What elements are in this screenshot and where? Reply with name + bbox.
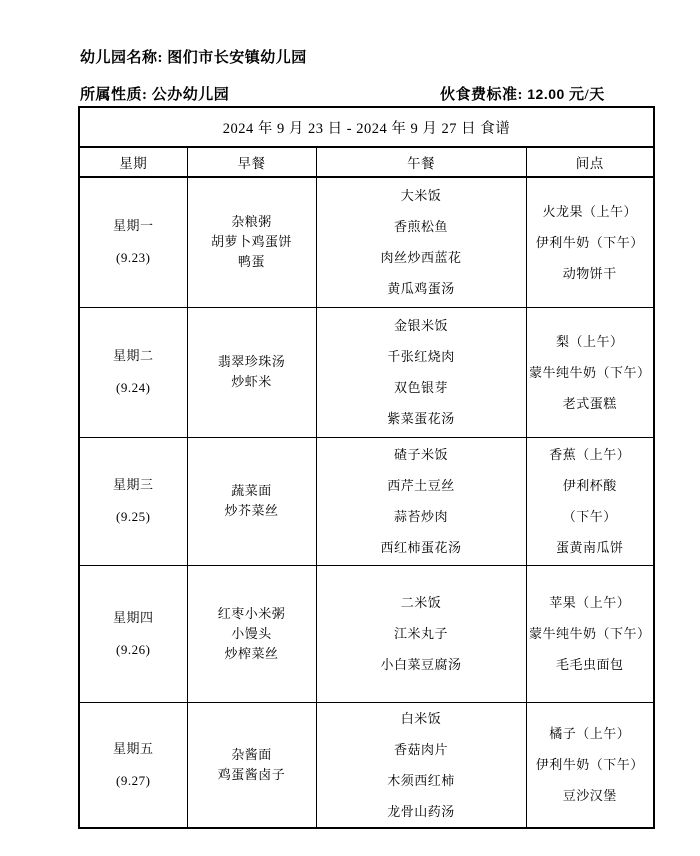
meal-item: 伊利杯酸: [527, 470, 654, 501]
day-date: (9.26): [80, 642, 187, 658]
fee-unit: 元/天: [565, 87, 605, 103]
meal-item: 西芹土豆丝: [317, 470, 526, 501]
lunch-cell: 白米饭香菇肉片木须西红柿龙骨山药汤: [316, 702, 526, 828]
nature-line: 所属性质: 公办幼儿园: [80, 83, 229, 104]
col-header-lunch: 午餐: [316, 147, 526, 177]
meal-item: 杂酱面: [188, 745, 316, 765]
kindergarten-name-line: 幼儿园名称: 图们市长安镇幼儿园: [80, 46, 307, 67]
lunch-cell: 碴子米饭西芹土豆丝蒜苔炒肉西红柿蛋花汤: [316, 437, 526, 565]
snack-cell: 火龙果（上午）伊利牛奶（下午）动物饼干: [526, 177, 654, 307]
breakfast-cell: 杂酱面鸡蛋酱卤子: [187, 702, 316, 828]
meal-item: 火龙果（上午）: [527, 196, 654, 227]
meal-item: （下午）: [527, 501, 654, 532]
fee-label: 伙食费标准:: [440, 87, 527, 103]
breakfast-cell: 蔬菜面炒芥菜丝: [187, 437, 316, 565]
day-cell: 星期五(9.27): [79, 702, 187, 828]
day-label: 星期一: [80, 218, 187, 234]
lunch-cell: 金银米饭千张红烧肉双色银芽紫菜蛋花汤: [316, 307, 526, 437]
menu-table: 2024 年 9 月 23 日 - 2024 年 9 月 27 日 食谱 星期 …: [78, 106, 655, 829]
day-cell: 星期四(9.26): [79, 565, 187, 702]
meal-item: 杂粮粥: [188, 212, 316, 232]
day-date: (9.27): [80, 773, 187, 789]
table-row: 星期二(9.24)翡翠珍珠汤炒虾米金银米饭千张红烧肉双色银芽紫菜蛋花汤梨（上午）…: [79, 307, 654, 437]
meal-item: 胡萝卜鸡蛋饼: [188, 232, 316, 252]
kindergarten-name-label: 幼儿园名称:: [80, 50, 167, 66]
meal-item: 白米饭: [317, 703, 526, 734]
day-date: (9.23): [80, 250, 187, 266]
day-label: 星期二: [80, 348, 187, 364]
menu-table-body: 2024 年 9 月 23 日 - 2024 年 9 月 27 日 食谱 星期 …: [79, 107, 654, 828]
snack-cell: 香蕉（上午）伊利杯酸（下午）蛋黄南瓜饼: [526, 437, 654, 565]
table-row: 星期四(9.26)红枣小米粥小馒头炒榨菜丝二米饭江米丸子小白菜豆腐汤苹果（上午）…: [79, 565, 654, 702]
day-label: 星期四: [80, 610, 187, 626]
meal-item: 蒙牛纯牛奶（下午）: [527, 357, 654, 388]
meal-item: 碴子米饭: [317, 439, 526, 470]
breakfast-cell: 杂粮粥胡萝卜鸡蛋饼鸭蛋: [187, 177, 316, 307]
meal-item: 动物饼干: [527, 258, 654, 289]
day-date: (9.25): [80, 509, 187, 525]
col-header-snack: 间点: [526, 147, 654, 177]
meal-item: 小白菜豆腐汤: [317, 649, 526, 680]
meal-item: 小馒头: [188, 624, 316, 644]
day-cell: 星期一(9.23): [79, 177, 187, 307]
table-row: 星期一(9.23)杂粮粥胡萝卜鸡蛋饼鸭蛋大米饭香煎松鱼肉丝炒西蓝花黄瓜鸡蛋汤火龙…: [79, 177, 654, 307]
breakfast-cell: 红枣小米粥小馒头炒榨菜丝: [187, 565, 316, 702]
meal-item: 木须西红柿: [317, 765, 526, 796]
table-header-row: 星期 早餐 午餐 间点: [79, 147, 654, 177]
col-header-breakfast: 早餐: [187, 147, 316, 177]
breakfast-cell: 翡翠珍珠汤炒虾米: [187, 307, 316, 437]
meal-item: 紫菜蛋花汤: [317, 403, 526, 434]
meal-item: 橘子（上午）: [527, 718, 654, 749]
meal-item: 肉丝炒西蓝花: [317, 242, 526, 273]
snack-cell: 梨（上午）蒙牛纯牛奶（下午）老式蛋糕: [526, 307, 654, 437]
meal-item: 鸡蛋酱卤子: [188, 765, 316, 785]
day-label: 星期五: [80, 741, 187, 757]
meal-item: 炒虾米: [188, 372, 316, 392]
meal-item: 伊利牛奶（下午）: [527, 749, 654, 780]
fee-value: 12.00: [527, 86, 565, 102]
meal-item: 毛毛虫面包: [527, 649, 654, 680]
meal-item: 黄瓜鸡蛋汤: [317, 273, 526, 304]
meal-item: 苹果（上午）: [527, 587, 654, 618]
meal-item: 伊利牛奶（下午）: [527, 227, 654, 258]
meal-item: 蒙牛纯牛奶（下午）: [527, 618, 654, 649]
day-cell: 星期二(9.24): [79, 307, 187, 437]
snack-cell: 苹果（上午）蒙牛纯牛奶（下午）毛毛虫面包: [526, 565, 654, 702]
table-row: 星期五(9.27)杂酱面鸡蛋酱卤子白米饭香菇肉片木须西红柿龙骨山药汤橘子（上午）…: [79, 702, 654, 828]
table-title-row: 2024 年 9 月 23 日 - 2024 年 9 月 27 日 食谱: [79, 107, 654, 147]
col-header-week: 星期: [79, 147, 187, 177]
meal-item: 蒜苔炒肉: [317, 501, 526, 532]
meal-item: 蔬菜面: [188, 481, 316, 501]
meal-item: 香煎松鱼: [317, 211, 526, 242]
meal-item: 二米饭: [317, 587, 526, 618]
meal-item: 千张红烧肉: [317, 341, 526, 372]
meal-item: 鸭蛋: [188, 252, 316, 272]
meal-item: 红枣小米粥: [188, 604, 316, 624]
snack-cell: 橘子（上午）伊利牛奶（下午）豆沙汉堡: [526, 702, 654, 828]
meal-item: 蛋黄南瓜饼: [527, 532, 654, 563]
meal-item: 香菇肉片: [317, 734, 526, 765]
table-row: 星期三(9.25)蔬菜面炒芥菜丝碴子米饭西芹土豆丝蒜苔炒肉西红柿蛋花汤香蕉（上午…: [79, 437, 654, 565]
nature-value: 公办幼儿园: [152, 87, 230, 103]
meal-item: 炒芥菜丝: [188, 501, 316, 521]
meal-item: 香蕉（上午）: [527, 439, 654, 470]
meal-item: 金银米饭: [317, 310, 526, 341]
meal-item: 大米饭: [317, 180, 526, 211]
kindergarten-name-value: 图们市长安镇幼儿园: [167, 50, 307, 66]
menu-document: 幼儿园名称: 图们市长安镇幼儿园 所属性质: 公办幼儿园 伙食费标准: 12.0…: [0, 0, 700, 856]
meal-item: 梨（上午）: [527, 326, 654, 357]
day-date: (9.24): [80, 380, 187, 396]
meal-item: 炒榨菜丝: [188, 644, 316, 664]
nature-label: 所属性质:: [80, 87, 152, 103]
meal-item: 双色银芽: [317, 372, 526, 403]
table-title: 2024 年 9 月 23 日 - 2024 年 9 月 27 日 食谱: [79, 107, 654, 147]
day-cell: 星期三(9.25): [79, 437, 187, 565]
fee-line: 伙食费标准: 12.00 元/天: [440, 83, 605, 104]
day-label: 星期三: [80, 477, 187, 493]
meal-item: 翡翠珍珠汤: [188, 352, 316, 372]
meal-item: 江米丸子: [317, 618, 526, 649]
meal-item: 老式蛋糕: [527, 388, 654, 419]
meal-item: 龙骨山药汤: [317, 796, 526, 827]
lunch-cell: 二米饭江米丸子小白菜豆腐汤: [316, 565, 526, 702]
meal-item: 西红柿蛋花汤: [317, 532, 526, 563]
lunch-cell: 大米饭香煎松鱼肉丝炒西蓝花黄瓜鸡蛋汤: [316, 177, 526, 307]
meal-item: 豆沙汉堡: [527, 780, 654, 811]
